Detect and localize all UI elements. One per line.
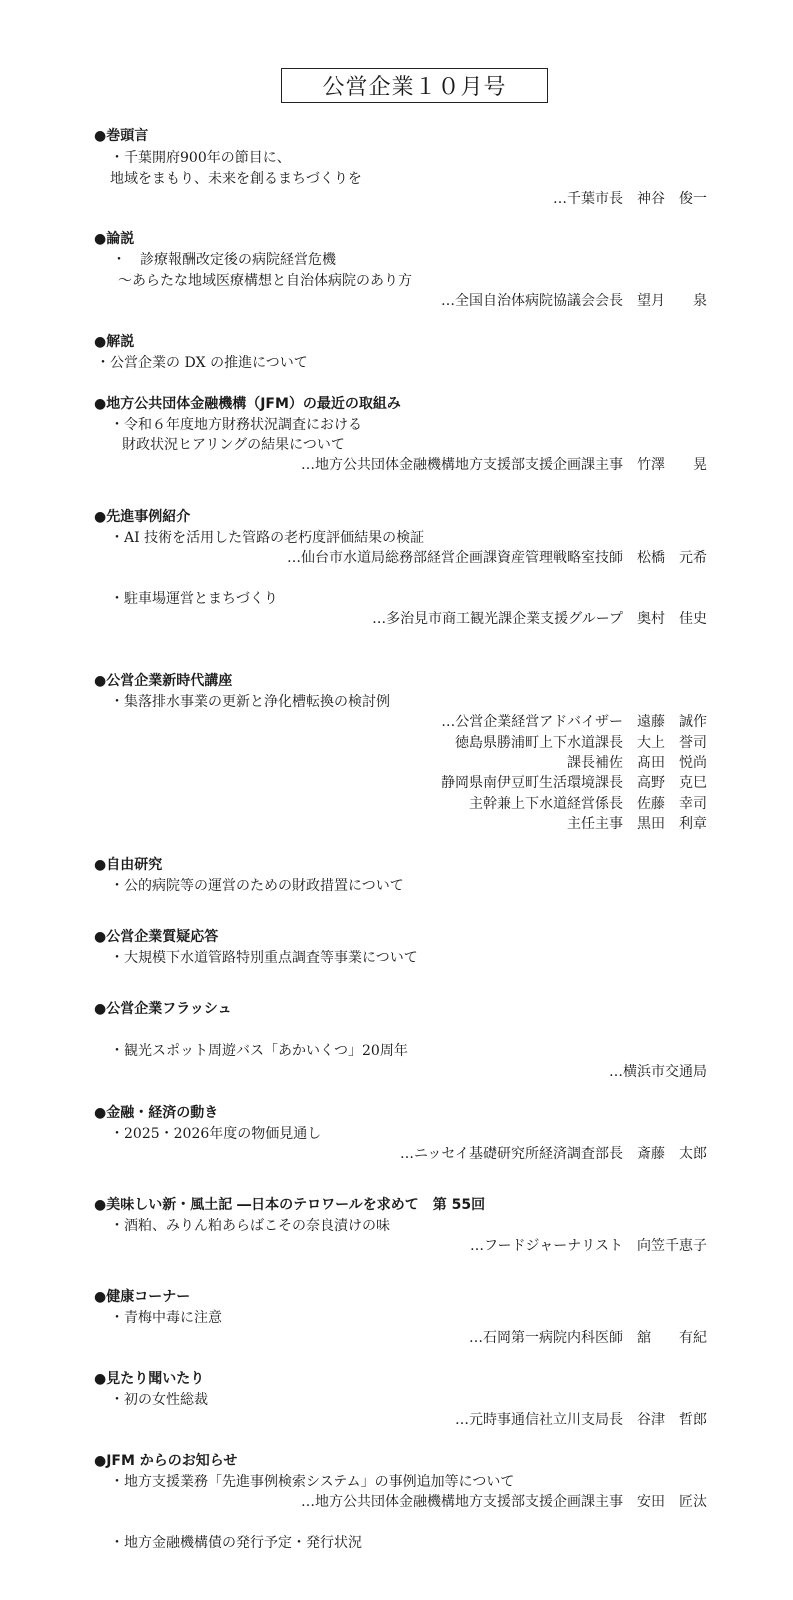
article-title: ・初の女性総裁 — [110, 1391, 208, 1409]
section-heading-case-studies: ●先進事例紹介 — [94, 508, 190, 526]
article-author: 主幹兼上下水道経営係長 佐藤 幸司 — [469, 795, 707, 813]
section-heading-health-corner: ●健康コーナー — [94, 1288, 190, 1306]
article-author: …ニッセイ基礎研究所経済調査部長 斎藤 太郎 — [400, 1145, 707, 1163]
section-heading-flash: ●公営企業フラッシュ — [94, 1000, 232, 1018]
article-title: ・AI 技術を活用した管路の老朽度評価結果の検証 — [110, 529, 424, 547]
article-author: …地方公共団体金融機構地方支援部支援企画課主事 安田 匠汰 — [301, 1493, 707, 1511]
article-author: …仙台市水道局総務部経営企画課資産管理戦略室技師 松橋 元希 — [287, 549, 707, 567]
article-title: ・公的病院等の運営のための財政措置について — [110, 877, 404, 895]
article-author: …フードジャーナリスト 向笠千恵子 — [470, 1237, 707, 1255]
article-author: …多治見市商工観光課企業支援グループ 奥村 佳史 — [372, 610, 707, 628]
article-title: 財政状況ヒアリングの結果について — [122, 436, 345, 454]
article-author: 課長補佐 髙田 悦尚 — [567, 754, 707, 772]
section-heading-new-era-lecture: ●公営企業新時代講座 — [94, 672, 232, 690]
section-heading-commentary: ●解説 — [94, 333, 134, 351]
article-title: ・地方金融機構債の発行予定・発行状況 — [110, 1534, 362, 1552]
article-title: ・酒粕、みりん粕あらばこその奈良漬けの味 — [110, 1217, 390, 1235]
page-title: 公営企業１０月号 — [281, 68, 548, 103]
article-author: …元時事通信社立川支局長 谷津 哲郎 — [455, 1411, 707, 1429]
article-author: …公営企業経営アドバイザー 遠藤 誠作 — [441, 713, 707, 731]
article-title: ・公営企業の DX の推進について — [96, 354, 308, 372]
article-title: ・令和６年度地方財務状況調査における — [110, 416, 362, 434]
section-heading-free-research: ●自由研究 — [94, 856, 162, 874]
article-author: 徳島県勝浦町上下水道課長 大上 誉司 — [455, 734, 707, 752]
article-author: 静岡県南伊豆町生活環境課長 高野 克巳 — [441, 774, 707, 792]
section-heading-editorial: ●論説 — [94, 230, 134, 248]
section-heading-foreword: ●巻頭言 — [94, 127, 148, 145]
article-title: ・駐車場運営とまちづくり — [110, 590, 278, 608]
article-author: …石岡第一病院内科医師 舘 有紀 — [469, 1329, 707, 1347]
article-title: ・千葉開府900年の節目に、 — [110, 149, 291, 167]
section-heading-qa: ●公営企業質疑応答 — [94, 928, 218, 946]
article-title: ・地方支援業務「先進事例検索システム」の事例追加等について — [110, 1473, 514, 1491]
article-author: …千葉市長 神谷 俊一 — [553, 190, 707, 208]
article-title: 地域をまもり、未来を創るまちづくりを — [110, 170, 362, 188]
article-title: ・ 診療報酬改定後の病院経営危機 — [112, 251, 336, 269]
article-subtitle: ～あらたな地域医療構想と自治体病院のあり方 — [118, 272, 412, 290]
section-heading-jfm-notice: ●JFM からのお知らせ — [94, 1452, 237, 1470]
article-title: ・集落排水事業の更新と浄化槽転換の検討例 — [110, 693, 390, 711]
section-heading-food-chronicle: ●美味しい新・風土記 ―日本のテロワールを求めて 第 55回 — [94, 1196, 485, 1214]
article-title: ・青梅中毒に注意 — [110, 1309, 222, 1327]
article-title: ・観光スポット周遊バス「あかいくつ」20周年 — [110, 1042, 408, 1060]
section-heading-finance-economy: ●金融・経済の動き — [94, 1104, 218, 1122]
article-author: …地方公共団体金融機構地方支援部支援企画課主事 竹澤 晃 — [301, 456, 707, 474]
section-heading-jfm-initiatives: ●地方公共団体金融機構（JFM）の最近の取組み — [94, 395, 401, 413]
article-title: ・大規模下水道管路特別重点調査等事業について — [110, 949, 418, 967]
section-heading-seen-heard: ●見たり聞いたり — [94, 1370, 204, 1388]
article-author: …全国自治体病院協議会会長 望月 泉 — [441, 292, 707, 310]
article-author: 主任主事 黒田 利章 — [567, 815, 707, 833]
article-author: …横浜市交通局 — [609, 1063, 707, 1081]
article-title: ・2025・2026年度の物価見通し — [110, 1125, 321, 1143]
